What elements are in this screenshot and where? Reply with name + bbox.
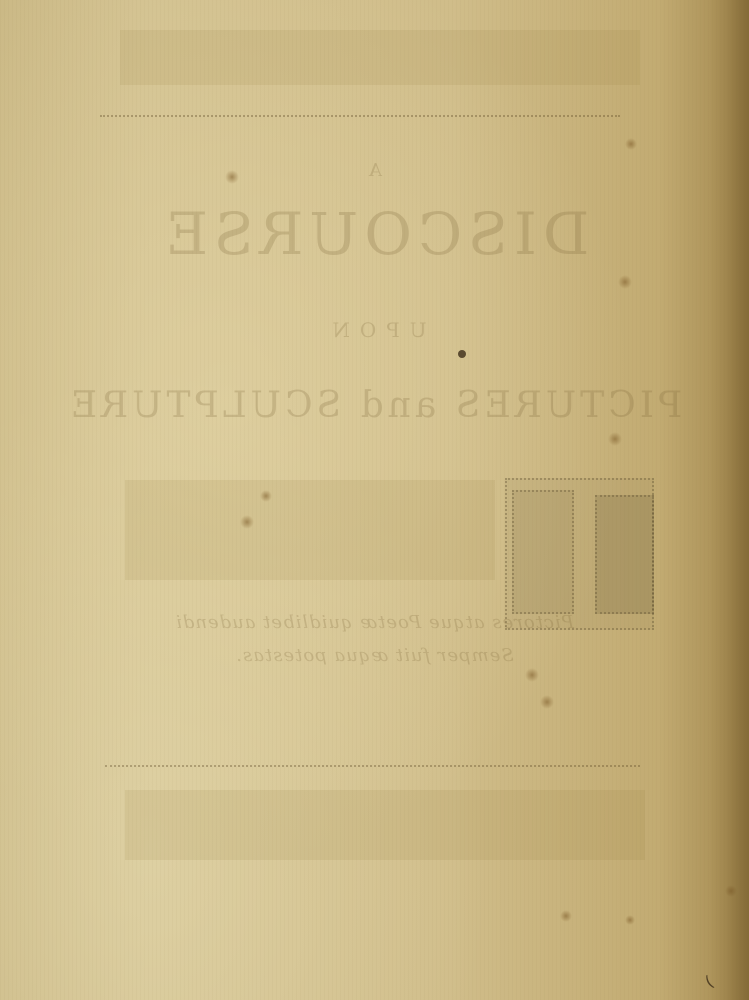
foxing-spot	[625, 915, 635, 925]
foxing-spot	[525, 668, 539, 682]
book-page: A DISCOURSE UPON PICTURES and SCULPTURE …	[0, 0, 749, 1000]
foxing-spot	[560, 910, 572, 922]
foxing-spot	[540, 695, 554, 709]
header-bleed-band	[120, 30, 640, 85]
spine-shadow	[709, 0, 749, 1000]
bleed-motto-2: Semper fuit æqua potestas.	[0, 645, 749, 666]
foxing-spot	[240, 515, 254, 529]
foxing-spot	[618, 275, 632, 289]
bleed-line-a: A	[0, 160, 749, 181]
bleed-line-upon: UPON	[0, 318, 749, 342]
foxing-spot	[225, 170, 239, 184]
foxing-spot	[608, 432, 622, 446]
foxing-spot	[458, 350, 466, 358]
imprint-bleed-band	[125, 790, 645, 860]
bleed-subtitle: PICTURES and SCULPTURE	[0, 385, 749, 426]
foxing-spot	[625, 138, 637, 150]
bleed-motto-1: Pictores atque Poetæ quidlibet audendi	[0, 612, 749, 633]
imprint-rule	[105, 765, 640, 767]
header-rule	[100, 115, 620, 117]
printers-device-inner	[512, 490, 574, 614]
foxing-spot	[260, 490, 272, 502]
bleed-text-block	[125, 480, 495, 580]
bleed-title: DISCOURSE	[0, 200, 749, 268]
printers-device-inner-right	[595, 495, 654, 614]
